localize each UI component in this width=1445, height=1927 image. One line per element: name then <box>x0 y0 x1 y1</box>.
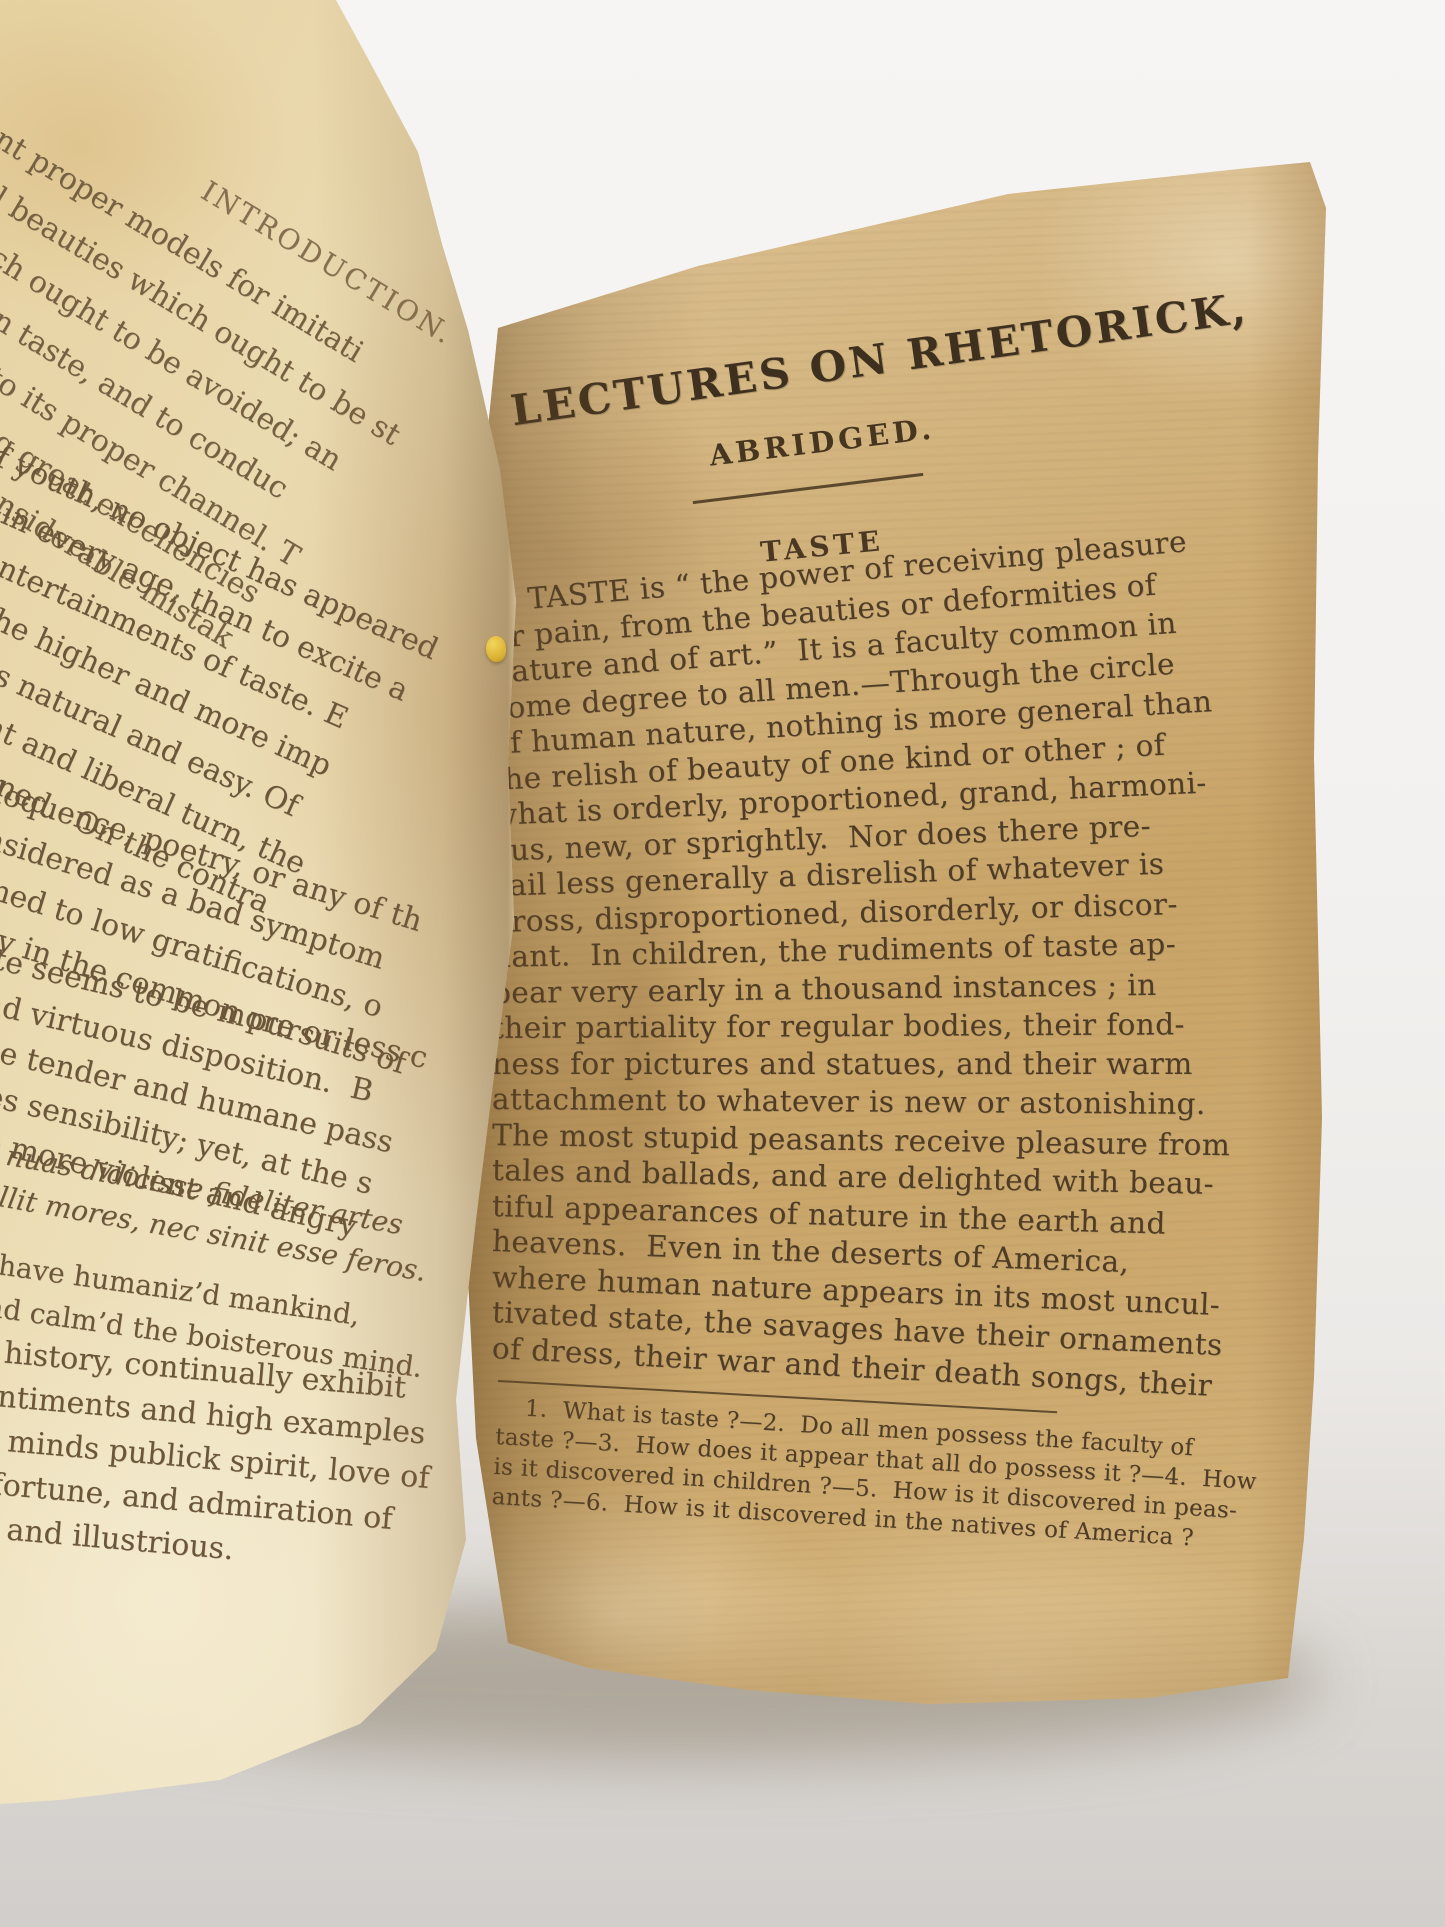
wax-drop <box>486 636 506 662</box>
text-line: pear very early in a thousand instances … <box>492 968 1122 1011</box>
right-page-content: LECTURES ON RHETORICK, ABRIDGED. TASTE T… <box>462 278 1122 1512</box>
left-page: INTRODUCTION. cy. They present proper mo… <box>0 0 540 1820</box>
title-rule <box>693 473 924 504</box>
footnote-questions: 1. What is taste ?—2. Do all men possess… <box>491 1392 1121 1549</box>
body-text: TASTE is “ the power of receiving pleasu… <box>492 585 1122 1366</box>
right-page: LECTURES ON RHETORICK, ABRIDGED. TASTE T… <box>448 138 1348 1738</box>
photo-of-open-antique-book: LECTURES ON RHETORICK, ABRIDGED. TASTE T… <box>0 0 1445 1927</box>
text-line: their partiality for regular bodies, the… <box>492 1008 1122 1047</box>
text-line: attachment to whatever is new or astonis… <box>492 1082 1122 1122</box>
text-line: ness for pictures and statues, and their… <box>492 1047 1122 1083</box>
